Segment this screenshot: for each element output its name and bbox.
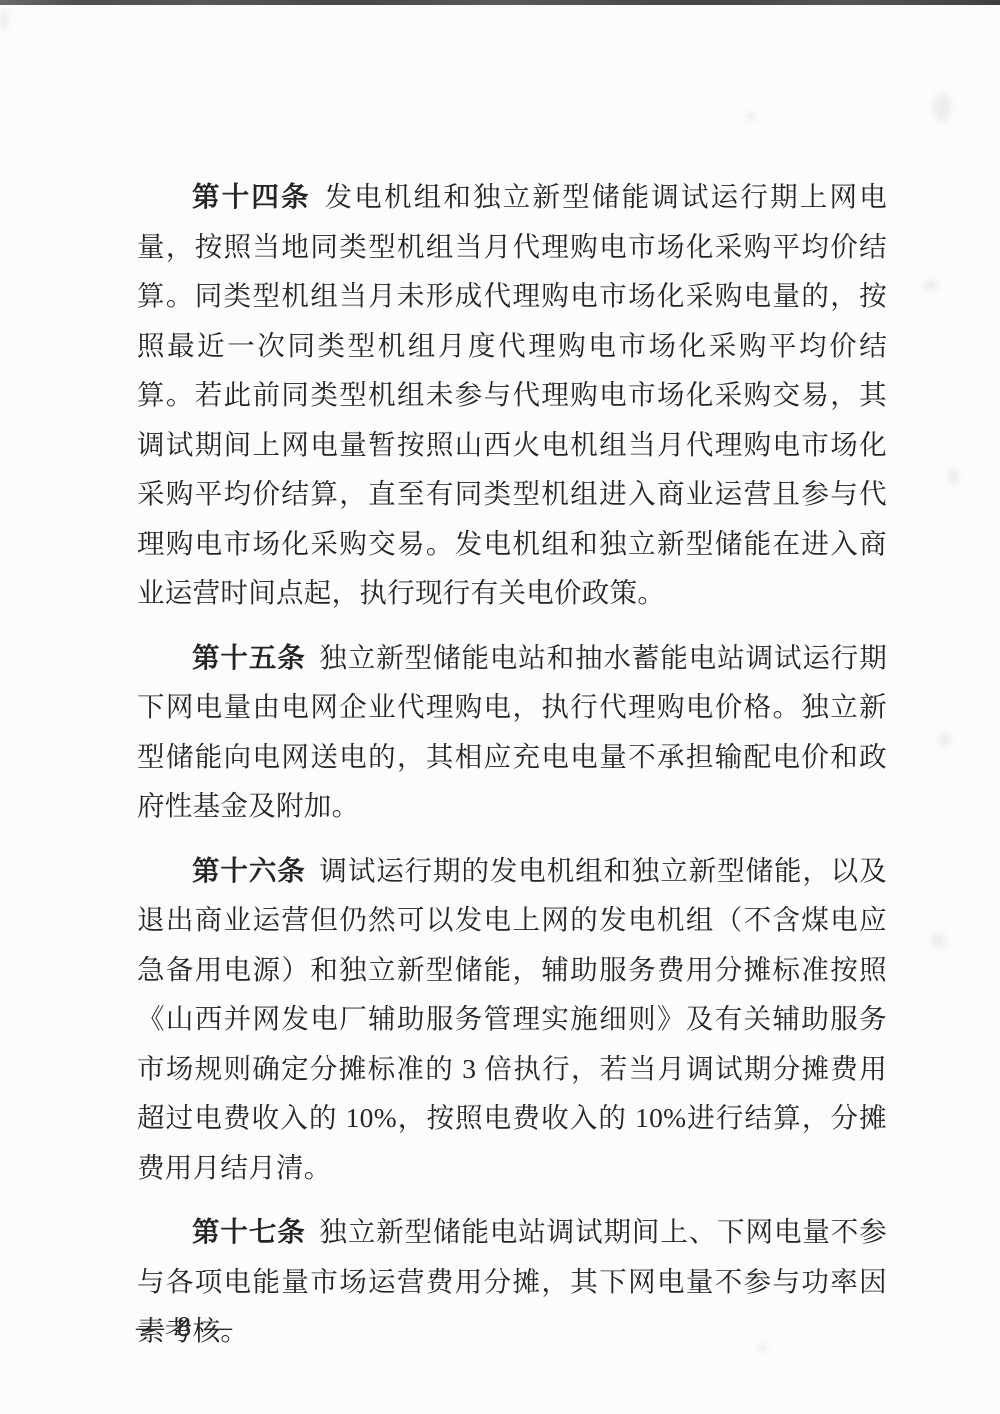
page-number: — 8 — [136, 1312, 235, 1344]
article-14-heading: 第十四条 [192, 181, 311, 212]
article-16: 第十六条调试运行期的发电机组和独立新型储能，以及退出商业运营但仍然可以发电上网的… [137, 846, 887, 1193]
article-14-text: 发电机组和独立新型储能调试运行期上网电量，按照当地同类型机组当月代理购电市场化采… [137, 181, 887, 608]
scan-edge-band [0, 0, 1000, 5]
scan-artifact [923, 280, 938, 291]
scan-artifact [948, 468, 959, 485]
article-16-text: 调试运行期的发电机组和独立新型储能，以及退出商业运营但仍然可以发电上网的发电机组… [137, 855, 887, 1183]
scanned-document-page: { "document": { "page_number": "— 8 —", … [0, 0, 1000, 1414]
article-14: 第十四条发电机组和独立新型储能调试运行期上网电量，按照当地同类型机组当月代理购电… [137, 172, 887, 618]
scan-artifact [933, 92, 951, 122]
article-15-heading: 第十五条 [192, 642, 306, 673]
scan-artifact [758, 1343, 767, 1352]
article-17-heading: 第十七条 [192, 1216, 306, 1247]
scan-artifact [0, 8, 8, 30]
document-body: 第十四条发电机组和独立新型储能调试运行期上网电量，按照当地同类型机组当月代理购电… [137, 172, 887, 1356]
scan-artifact [938, 733, 951, 746]
article-16-heading: 第十六条 [192, 855, 306, 886]
article-15: 第十五条独立新型储能电站和抽水蓄能电站调试运行期下网电量由电网企业代理购电，执行… [137, 633, 887, 831]
article-17: 第十七条独立新型储能电站调试期间上、下网电量不参与各项电能量市场运营费用分摊，其… [137, 1207, 887, 1356]
scan-artifact [746, 112, 755, 121]
scan-artifact [931, 933, 946, 948]
